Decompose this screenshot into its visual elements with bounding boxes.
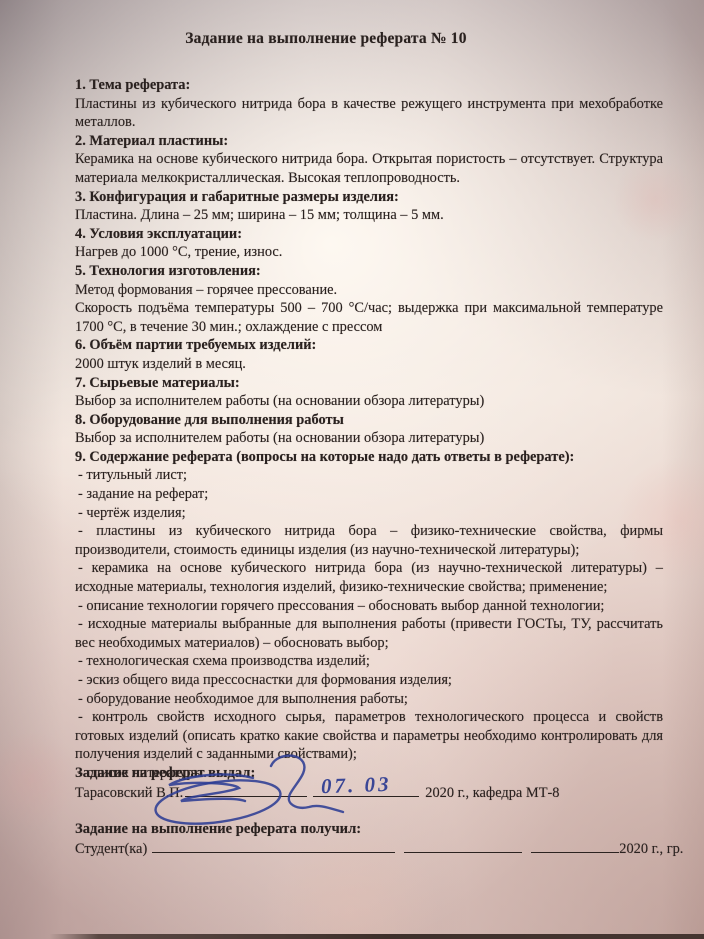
section-paragraph: Выбор за исполнителем работы (на основан…: [75, 392, 663, 411]
list-item: - оборудование необходимое для выполнени…: [75, 690, 663, 709]
list-item: - эскиз общего вида прессоснастки для фо…: [75, 671, 663, 690]
section-heading: 4. Условия эксплуатации:: [75, 225, 663, 244]
section-4: 4. Условия эксплуатации: Нагрев до 1000 …: [75, 225, 663, 262]
list-item: - технологическая схема производства изд…: [75, 652, 663, 671]
section-paragraph: Нагрев до 1000 °С, трение, износ.: [75, 243, 663, 262]
received-date-suffix: 2020 г., гр.: [619, 841, 683, 857]
section-paragraph: Пластина. Длина – 25 мм; ширина – 15 мм;…: [75, 206, 663, 225]
issued-date-suffix: 2020 г., кафедра МТ-8: [425, 785, 559, 801]
section-paragraph: Керамика на основе кубического нитрида б…: [75, 150, 663, 187]
received-block: Задание на выполнение реферата получил: …: [75, 820, 663, 860]
section-3: 3. Конфигурация и габаритные размеры изд…: [75, 188, 663, 225]
list-item: - пластины из кубического нитрида бора –…: [75, 522, 663, 559]
section-paragraph: Пластины из кубического нитрида бора в к…: [75, 95, 663, 132]
section-6: 6. Объём партии требуемых изделий: 2000 …: [75, 336, 663, 373]
student-name-blank-line: [152, 839, 395, 853]
student-label: Студент(ка): [75, 841, 147, 857]
section-heading: 7. Сырьевые материалы:: [75, 374, 663, 393]
section-heading: 5. Технология изготовления:: [75, 262, 663, 281]
student-signature-blank-line: [404, 839, 522, 853]
section-1: 1. Тема реферата: Пластины из кубическог…: [75, 76, 663, 132]
list-item: - чертёж изделия;: [75, 504, 663, 523]
section-paragraph: 2000 штук изделий в месяц.: [75, 355, 663, 374]
section-5: 5. Технология изготовления: Метод формов…: [75, 262, 663, 336]
section-heading: 3. Конфигурация и габаритные размеры изд…: [75, 188, 663, 207]
document-page: Задание на выполнение реферата № 10 1. Т…: [0, 0, 704, 939]
list-item: - исходные материалы выбранные для выпол…: [75, 615, 663, 652]
signature-blank-line: [185, 783, 307, 797]
section-heading: 1. Тема реферата:: [75, 76, 663, 95]
section-paragraph: Выбор за исполнителем работы (на основан…: [75, 429, 663, 448]
list-item: - описание технологии горячего прессован…: [75, 597, 663, 616]
issuer-name: Тарасовский В.П.: [75, 785, 183, 801]
section-paragraph: Скорость подъёма температуры 500 – 700 °…: [75, 299, 663, 336]
document-body: 1. Тема реферата: Пластины из кубическог…: [75, 76, 663, 783]
list-item: - задание на реферат;: [75, 485, 663, 504]
issued-block: Задание на реферат выдал: Тарасовский В.…: [75, 764, 663, 804]
section-9: 9. Содержание реферата (вопросы на котор…: [75, 448, 663, 783]
handwritten-date: 07. 03: [321, 774, 392, 797]
document-title: Задание на выполнение реферата № 10: [0, 30, 678, 48]
section-8: 8. Оборудование для выполнения работы Вы…: [75, 411, 663, 448]
photo-edge-shadow: [0, 934, 704, 939]
student-date-blank-line: [531, 839, 619, 853]
list-item: - титульный лист;: [75, 466, 663, 485]
section-heading: 2. Материал пластины:: [75, 132, 663, 151]
section-heading: 8. Оборудование для выполнения работы: [75, 411, 663, 430]
date-blank-line: 07. 03: [313, 783, 419, 797]
list-item: - контроль свойств исходного сырья, пара…: [75, 708, 663, 764]
section-2: 2. Материал пластины: Керамика на основе…: [75, 132, 663, 188]
received-signature-line: Студент(ка)2020 г., гр.: [75, 839, 663, 860]
section-heading: 6. Объём партии требуемых изделий:: [75, 336, 663, 355]
issued-signature-line: Тарасовский В.П.07. 032020 г., кафедра М…: [75, 783, 663, 804]
section-paragraph: Метод формования – горячее прессование.: [75, 281, 663, 300]
list-item: - керамика на основе кубического нитрида…: [75, 559, 663, 596]
received-heading: Задание на выполнение реферата получил:: [75, 820, 663, 839]
section-7: 7. Сырьевые материалы: Выбор за исполнит…: [75, 374, 663, 411]
section-heading: 9. Содержание реферата (вопросы на котор…: [75, 448, 663, 467]
